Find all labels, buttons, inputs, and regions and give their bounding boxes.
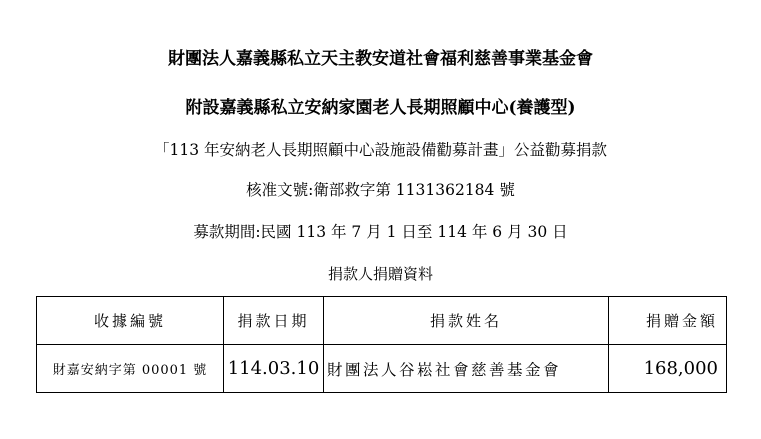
cell-receipt-no: 財嘉安納字第 00001 號 [37,345,224,393]
table-header-row: 收據編號 捐款日期 捐款姓名 捐贈金額 [37,297,727,345]
header-receipt-no: 收據編號 [37,297,224,345]
table-row: 財嘉安納字第 00001 號 114.03.10 財團法人谷崧社會慈善基金會 1… [37,345,727,393]
header-donation-date: 捐款日期 [224,297,324,345]
header-amount: 捐贈金額 [609,297,727,345]
cell-donor-name: 財團法人谷崧社會慈善基金會 [324,345,609,393]
approval-number: 核准文號:衛部救字第 1131362184 號 [0,178,761,200]
header-donor-name: 捐款姓名 [324,297,609,345]
center-title: 附設嘉義縣私立安納家園老人長期照顧中心(養護型) [0,93,761,118]
cell-amount: 168,000 [609,345,727,393]
fundraising-period: 募款期間:民國 113 年 7 月 1 日至 114 年 6 月 30 日 [0,220,761,242]
organization-title: 財團法人嘉義縣私立天主教安道社會福利慈善事業基金會 [0,44,761,69]
section-title: 捐款人捐贈資料 [0,263,761,284]
donation-table: 收據編號 捐款日期 捐款姓名 捐贈金額 財嘉安納字第 00001 號 114.0… [36,296,727,393]
cell-donation-date: 114.03.10 [224,345,324,393]
campaign-title: 「113 年安納老人長期照顧中心設施設備勸募計畫」公益勸募捐款 [0,138,761,160]
